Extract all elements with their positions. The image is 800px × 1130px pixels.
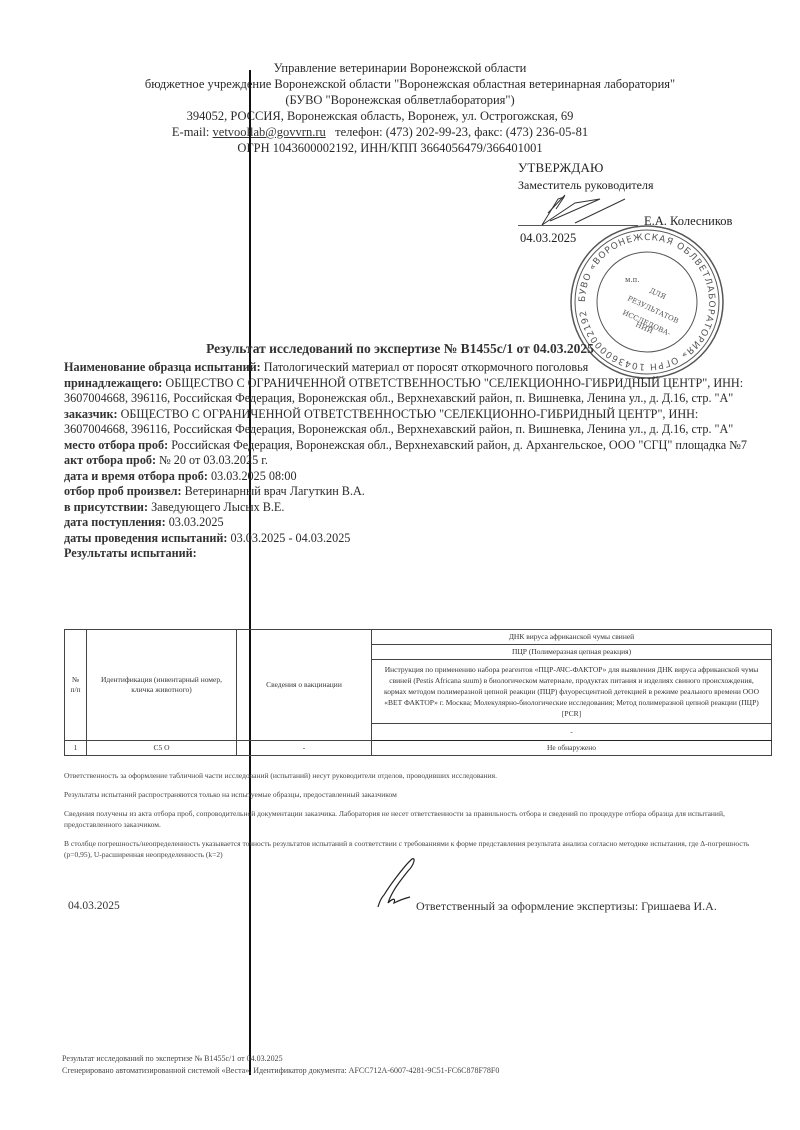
cell-result: Не обнаружено [372, 741, 772, 756]
col-header-normative: Инструкция по применению набора реагенто… [372, 660, 772, 724]
info-sampler: отбор проб произвел: Ветеринарный врач Л… [64, 484, 764, 500]
email-label: E-mail: [172, 125, 210, 139]
info-received: дата поступления: 03.03.2025 [64, 515, 764, 531]
seal-stamp-icon: БУВО «ВОРОНЕЖСКАЯ ОБЛВЕТЛАБОРАТОРИЯ» ОГР… [567, 222, 727, 382]
footer-responsible: Ответственный за оформление экспертизы: … [416, 899, 717, 914]
info-test-dates: даты проведения испытаний: 03.03.2025 - … [64, 531, 764, 547]
scan-artifact-line [249, 70, 251, 1075]
footer-date: 04.03.2025 [68, 900, 120, 912]
header-address: 394052, РОССИЯ, Воронежская область, Вор… [0, 108, 780, 124]
note-source: Сведения получены из акта отбора проб, с… [64, 808, 764, 830]
cell-id: С5 О [87, 741, 237, 756]
meta-generated-by: Сгенерировано автоматизированной системо… [62, 1065, 499, 1077]
svg-text:м.п.: м.п. [625, 276, 640, 284]
header-authority: Управление ветеринарии Воронежской облас… [0, 60, 800, 76]
info-datetime: дата и время отбора проб: 03.03.2025 08:… [64, 469, 764, 485]
document-title: Результат исследований по экспертизе № B… [0, 341, 800, 357]
header-institution-short: (БУВО "Воронежская облветлаборатория") [0, 92, 800, 108]
cell-vaccination: - [237, 741, 372, 756]
info-results-label: Результаты испытаний: [64, 546, 764, 562]
info-sample-name: Наименование образца испытаний: Патологи… [64, 360, 764, 376]
svg-text:ДЛЯ: ДЛЯ [648, 287, 667, 302]
header-registration: ОГРН 1043600002192, ИНН/КПП 3664056479/3… [0, 140, 790, 156]
col-header-indicator: ДНК вируса африканской чумы свиней [372, 630, 772, 645]
col-header-uncertainty: - [372, 724, 772, 741]
col-header-vaccination: Сведения о вакцинации [237, 630, 372, 741]
cell-num: 1 [65, 741, 87, 756]
note-responsibility: Ответственность за оформление табличной … [64, 770, 764, 781]
col-header-method: ПЦР (Полимеразная цепная реакция) [372, 645, 772, 660]
header-institution: бюджетное учреждение Воронежской области… [10, 76, 800, 92]
phones: телефон: (473) 202-99-23, факс: (473) 23… [335, 125, 588, 139]
info-owner: принадлежащего: ОБЩЕСТВО С ОГРАНИЧЕННОЙ … [64, 376, 764, 407]
table-header-row: № п/п Идентификация (инвентарный номер, … [65, 630, 772, 645]
sample-info: Наименование образца испытаний: Патологи… [64, 360, 764, 562]
table-row: 1 С5 О - Не обнаружено [65, 741, 772, 756]
document-meta: Результат исследований по экспертизе № B… [62, 1053, 499, 1077]
meta-result-ref: Результат исследований по экспертизе № B… [62, 1053, 499, 1065]
email-link[interactable]: vetvoollab@govvrn.ru [213, 125, 326, 139]
info-customer: заказчик: ОБЩЕСТВО С ОГРАНИЧЕННОЙ ОТВЕТС… [64, 407, 764, 438]
col-header-id: Идентификация (инвентарный номер, кличка… [87, 630, 237, 741]
info-place: место отбора проб: Российская Федерация,… [64, 438, 764, 454]
header-contacts: E-mail: vetvoollab@govvrn.ru телефон: (4… [0, 124, 780, 140]
info-act: акт отбора проб: № 20 от 03.03.2025 г. [64, 453, 764, 469]
notes: Ответственность за оформление табличной … [64, 770, 764, 868]
approval-title: УТВЕРЖДАЮ [518, 160, 604, 176]
note-scope: Результаты испытаний распространяются то… [64, 789, 764, 800]
info-presence: в присутствии: Заведующего Лысых В.Е. [64, 500, 764, 516]
col-header-num: № п/п [65, 630, 87, 741]
results-table: № п/п Идентификация (инвентарный номер, … [64, 629, 772, 756]
